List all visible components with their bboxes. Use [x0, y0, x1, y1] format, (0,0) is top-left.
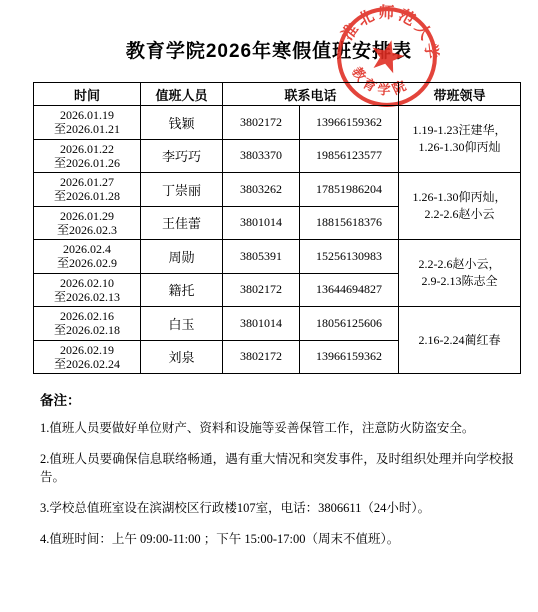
- note-item-4: 4.值班时间：上午 09:00-11:00 ；下午 15:00-17:00（周末…: [40, 530, 514, 548]
- duty-table-body: 2026.01.19至2026.01.21钱颖38021721396615936…: [34, 106, 521, 374]
- mobile-phone-cell: 18815618376: [300, 206, 399, 240]
- note-item-1: 1.值班人员要做好单位财产、资料和设施等妥善保管工作，注意防火防盗安全。: [40, 419, 514, 437]
- mobile-phone-cell: 13966159362: [300, 106, 399, 140]
- table-row: 2026.02.16至2026.02.18白玉38010141805612560…: [34, 307, 521, 341]
- time-cell: 2026.02.10至2026.02.13: [34, 273, 141, 307]
- col-header-leader: 带班领导: [399, 83, 521, 106]
- time-cell: 2026.02.16至2026.02.18: [34, 307, 141, 341]
- office-phone-cell: 3803262: [223, 173, 300, 207]
- person-cell: 白玉: [141, 307, 223, 341]
- duty-schedule-table: 时间 值班人员 联系电话 带班领导 2026.01.19至2026.01.21钱…: [33, 82, 521, 374]
- time-cell: 2026.01.22至2026.01.26: [34, 139, 141, 173]
- office-phone-cell: 3801014: [223, 307, 300, 341]
- person-cell: 王佳蕾: [141, 206, 223, 240]
- mobile-phone-cell: 19856123577: [300, 139, 399, 173]
- document-title: 教育学院2026年寒假值班安排表: [0, 36, 538, 63]
- person-cell: 周勋: [141, 240, 223, 274]
- leader-cell: 1.19-1.23汪建华，1.26-1.30仰丙灿: [399, 106, 521, 173]
- col-header-person: 值班人员: [141, 83, 223, 106]
- office-phone-cell: 3805391: [223, 240, 300, 274]
- document-page: 教育学院2026年寒假值班安排表 淮北师范大学 教育学院 时间 值班人员 联系电…: [0, 0, 538, 612]
- mobile-phone-cell: 17851986204: [300, 173, 399, 207]
- col-header-phone: 联系电话: [223, 83, 399, 106]
- mobile-phone-cell: 18056125606: [300, 307, 399, 341]
- office-phone-cell: 3801014: [223, 206, 300, 240]
- table-row: 2026.01.19至2026.01.21钱颖38021721396615936…: [34, 106, 521, 140]
- time-cell: 2026.02.19至2026.02.24: [34, 340, 141, 374]
- notes-label: 备注：: [40, 392, 514, 410]
- mobile-phone-cell: 13966159362: [300, 340, 399, 374]
- time-cell: 2026.02.4至2026.02.9: [34, 240, 141, 274]
- leader-cell: 1.26-1.30仰丙灿，2.2-2.6赵小云: [399, 173, 521, 240]
- leader-cell: 2.16-2.24蔺红春: [399, 307, 521, 374]
- office-phone-cell: 3802172: [223, 106, 300, 140]
- mobile-phone-cell: 15256130983: [300, 240, 399, 274]
- person-cell: 丁崇丽: [141, 173, 223, 207]
- notes-section: 备注： 1.值班人员要做好单位财产、资料和设施等妥善保管工作，注意防火防盗安全。…: [40, 392, 514, 561]
- col-header-time: 时间: [34, 83, 141, 106]
- mobile-phone-cell: 13644694827: [300, 273, 399, 307]
- time-cell: 2026.01.19至2026.01.21: [34, 106, 141, 140]
- note-item-3: 3.学校总值班室设在滨湖校区行政楼107室，电话：3806611（24小时）。: [40, 499, 514, 517]
- person-cell: 刘泉: [141, 340, 223, 374]
- table-row: 2026.02.4至2026.02.9周勋3805391152561309832…: [34, 240, 521, 274]
- office-phone-cell: 3802172: [223, 273, 300, 307]
- note-item-2: 2.值班人员要确保信息联络畅通，遇有重大情况和突发事件，及时组织处理并向学校报告…: [40, 450, 514, 486]
- table-header-row: 时间 值班人员 联系电话 带班领导: [34, 83, 521, 106]
- person-cell: 李巧巧: [141, 139, 223, 173]
- person-cell: 籍托: [141, 273, 223, 307]
- office-phone-cell: 3803370: [223, 139, 300, 173]
- time-cell: 2026.01.27至2026.01.28: [34, 173, 141, 207]
- person-cell: 钱颖: [141, 106, 223, 140]
- leader-cell: 2.2-2.6赵小云，2.9-2.13陈志全: [399, 240, 521, 307]
- table-row: 2026.01.27至2026.01.28丁崇丽3803262178519862…: [34, 173, 521, 207]
- time-cell: 2026.01.29至2026.02.3: [34, 206, 141, 240]
- office-phone-cell: 3802172: [223, 340, 300, 374]
